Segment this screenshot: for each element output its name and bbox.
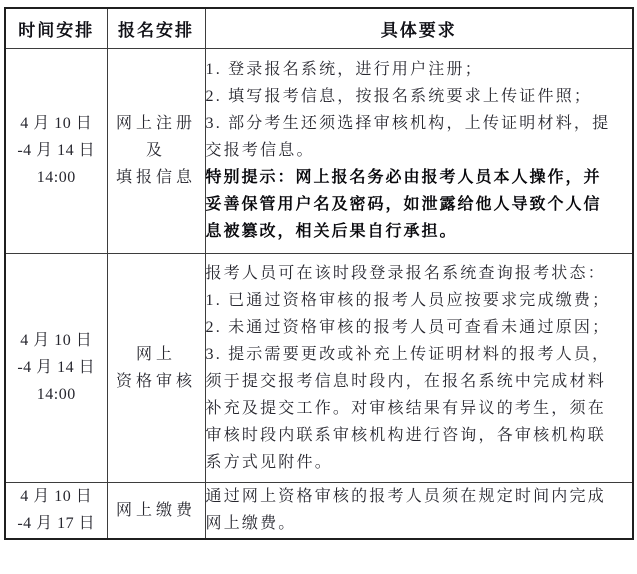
requirements-cell: 报考人员可在该时段登录报名系统查询报考状态： 1. 已通过资格审核的报考人员应按…	[205, 253, 633, 482]
time-cell: 4 月 10 日 -4 月 17 日	[5, 482, 107, 539]
header-time-arrangement: 时间安排	[5, 8, 107, 48]
table-row-qualification-review: 4 月 10 日 -4 月 14 日 14:00 网上 资格审核 报考人员可在该…	[5, 253, 633, 482]
table-row-online-registration: 4 月 10 日 -4 月 14 日 14:00 网上注册 及 填报信息 1. …	[5, 48, 633, 253]
arrangement-cell: 网上 资格审核	[107, 253, 205, 482]
table-row-online-payment: 4 月 10 日 -4 月 17 日 网上缴费 通过网上资格审核的报考人员须在规…	[5, 482, 633, 539]
header-row: 时间安排 报名安排 具体要求	[5, 8, 633, 48]
arrangement-cell: 网上注册 及 填报信息	[107, 48, 205, 253]
arrangement-cell: 网上缴费	[107, 482, 205, 539]
time-cell: 4 月 10 日 -4 月 14 日 14:00	[5, 253, 107, 482]
requirements-cell: 1. 登录报名系统，进行用户注册； 2. 填写报考信息，按报名系统要求上传证件照…	[205, 48, 633, 253]
requirements-cell: 通过网上资格审核的报考人员须在规定时间内完成 网上缴费。	[205, 482, 633, 539]
requirements-text: 报考人员可在该时段登录报名系统查询报考状态： 1. 已通过资格审核的报考人员应按…	[206, 260, 633, 476]
requirements-text: 1. 登录报名系统，进行用户注册； 2. 填写报考信息，按报名系统要求上传证件照…	[206, 56, 633, 164]
special-note-text: 特别提示：网上报名务必由报考人员本人操作，并 妥善保管用户名及密码，如泄露给他人…	[206, 164, 633, 245]
header-specific-requirements: 具体要求	[205, 8, 633, 48]
header-registration-arrangement: 报名安排	[107, 8, 205, 48]
document-page: 时间安排 报名安排 具体要求 4 月 10 日 -4 月 14 日 14:00 …	[4, 7, 634, 540]
registration-schedule-table: 时间安排 报名安排 具体要求 4 月 10 日 -4 月 14 日 14:00 …	[4, 7, 634, 540]
time-cell: 4 月 10 日 -4 月 14 日 14:00	[5, 48, 107, 253]
requirements-text: 通过网上资格审核的报考人员须在规定时间内完成 网上缴费。	[206, 483, 633, 537]
